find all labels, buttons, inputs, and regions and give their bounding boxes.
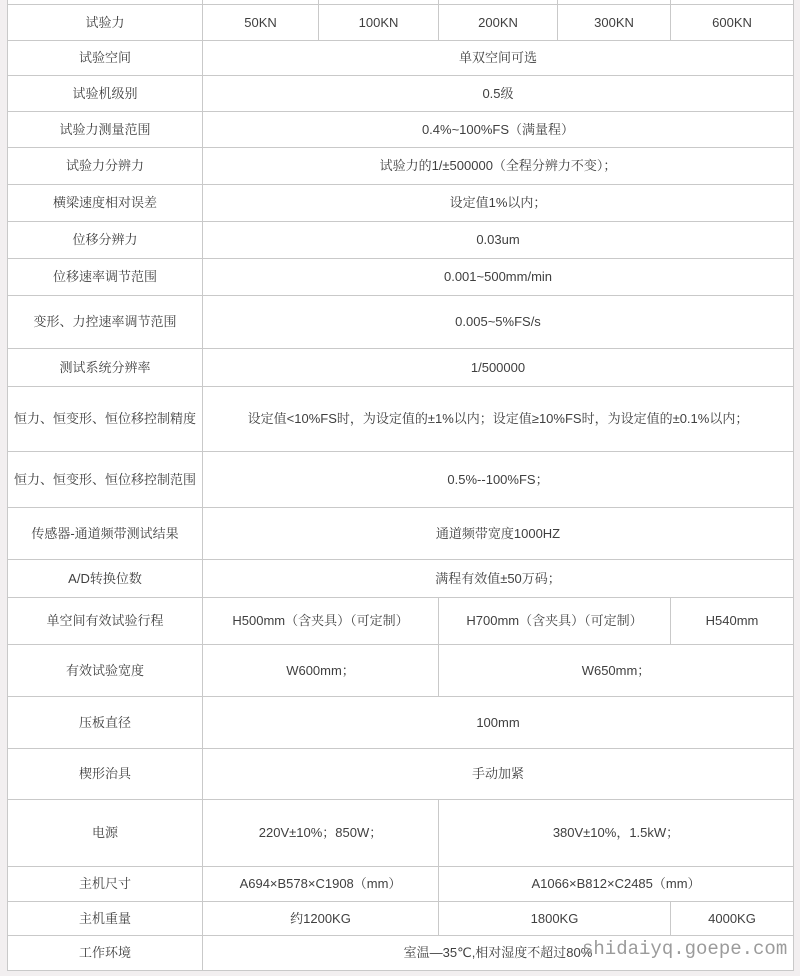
table-row: 恒力、恒变形、恒位移控制范围 0.5%--100%FS；	[8, 452, 794, 508]
spec-value-cell: 设定值<10%FS时，为设定值的±1%以内；设定值≥10%FS时，为设定值的±0…	[203, 387, 794, 452]
spec-row-label: 试验力分辨力	[8, 148, 203, 185]
table-row: 试验力 50KN 100KN 200KN 300KN 600KN	[8, 5, 794, 41]
table-row: 位移速率调节范围 0.001~500mm/min	[8, 259, 794, 296]
table-row: 试验力测量范围 0.4%~100%FS（满量程）	[8, 112, 794, 148]
spec-value-cell: 100KN	[319, 5, 439, 41]
spec-row-label: 主机尺寸	[8, 867, 203, 902]
spec-value-cell: 100mm	[203, 697, 794, 749]
spec-value-cell: 4000KG	[671, 902, 794, 936]
spec-value-cell: 手动加紧	[203, 749, 794, 800]
table-row: 测试系统分辨率 1/500000	[8, 349, 794, 387]
spec-value-cell: 满程有效值±50万码；	[203, 560, 794, 598]
table-row: 试验机级别 0.5级	[8, 76, 794, 112]
table-row: 横梁速度相对误差 设定值1%以内；	[8, 185, 794, 222]
table-row: A/D转换位数 满程有效值±50万码；	[8, 560, 794, 598]
spec-value-cell: H500mm（含夹具）（可定制）	[203, 598, 439, 645]
spec-value-cell: 0.4%~100%FS（满量程）	[203, 112, 794, 148]
table-row: 恒力、恒变形、恒位移控制精度 设定值<10%FS时，为设定值的±1%以内；设定值…	[8, 387, 794, 452]
spec-value-cell: W650mm；	[439, 645, 794, 697]
spec-value-cell: 200KN	[439, 5, 558, 41]
spec-value-cell: W600mm；	[203, 645, 439, 697]
spec-row-label: 测试系统分辨率	[8, 349, 203, 387]
spec-value-cell: 0.001~500mm/min	[203, 259, 794, 296]
spec-row-label: 压板直径	[8, 697, 203, 749]
spec-value-cell: 600KN	[671, 5, 794, 41]
table-row: 电源 220V±10%；850W； 380V±10%，1.5kW；	[8, 800, 794, 867]
table-row: 试验空间 单双空间可选	[8, 41, 794, 76]
table-row: 工作环境 室温—35℃,相对湿度不超过80%	[8, 936, 794, 971]
spec-row-label: 有效试验宽度	[8, 645, 203, 697]
table-row: 单空间有效试验行程 H500mm（含夹具）（可定制） H700mm（含夹具）（可…	[8, 598, 794, 645]
spec-row-label: 电源	[8, 800, 203, 867]
spec-row-label: 变形、力控速率调节范围	[8, 296, 203, 349]
spec-row-label: 试验机级别	[8, 76, 203, 112]
spec-value-cell: 1800KG	[439, 902, 671, 936]
spec-row-label: 位移分辨力	[8, 222, 203, 259]
spec-row-label: 位移速率调节范围	[8, 259, 203, 296]
spec-value-cell: H540mm	[671, 598, 794, 645]
spec-value-cell: 室温—35℃,相对湿度不超过80%	[203, 936, 794, 971]
spec-value-cell: A694×B578×C1908（mm）	[203, 867, 439, 902]
spec-row-label: 传感器-通道频带测试结果	[8, 508, 203, 560]
table-row: 主机重量 约1200KG 1800KG 4000KG	[8, 902, 794, 936]
spec-row-label: 试验力	[8, 5, 203, 41]
spec-row-label: 恒力、恒变形、恒位移控制范围	[8, 452, 203, 508]
spec-value-cell: 0.005~5%FS/s	[203, 296, 794, 349]
spec-row-label: 恒力、恒变形、恒位移控制精度	[8, 387, 203, 452]
table-row: 主机尺寸 A694×B578×C1908（mm） A1066×B812×C248…	[8, 867, 794, 902]
table-row: 压板直径 100mm	[8, 697, 794, 749]
spec-value-cell: 0.5级	[203, 76, 794, 112]
spec-row-label: 楔形治具	[8, 749, 203, 800]
spec-value-cell: 通道频带宽度1000HZ	[203, 508, 794, 560]
table-row: 有效试验宽度 W600mm； W650mm；	[8, 645, 794, 697]
spec-row-label: A/D转换位数	[8, 560, 203, 598]
spec-value-cell: 约1200KG	[203, 902, 439, 936]
spec-row-label: 横梁速度相对误差	[8, 185, 203, 222]
spec-value-cell: 0.5%--100%FS；	[203, 452, 794, 508]
spec-row-label: 主机重量	[8, 902, 203, 936]
table-row: 试验力分辨力 试验力的1/±500000（全程分辨力不变）；	[8, 148, 794, 185]
table-row: 传感器-通道频带测试结果 通道频带宽度1000HZ	[8, 508, 794, 560]
spec-value-cell: 380V±10%，1.5kW；	[439, 800, 794, 867]
spec-table: 试验力 50KN 100KN 200KN 300KN 600KN 试验空间 单双…	[7, 0, 794, 971]
spec-row-label: 工作环境	[8, 936, 203, 971]
spec-value-cell: 设定值1%以内；	[203, 185, 794, 222]
spec-value-cell: 220V±10%；850W；	[203, 800, 439, 867]
spec-value-cell: 0.03um	[203, 222, 794, 259]
spec-value-cell: H700mm（含夹具）（可定制）	[439, 598, 671, 645]
spec-value-cell: 1/500000	[203, 349, 794, 387]
spec-value-cell: 300KN	[558, 5, 671, 41]
table-row: 楔形治具 手动加紧	[8, 749, 794, 800]
table-row: 变形、力控速率调节范围 0.005~5%FS/s	[8, 296, 794, 349]
spec-value-cell: 50KN	[203, 5, 319, 41]
spec-row-label: 试验空间	[8, 41, 203, 76]
spec-row-label: 单空间有效试验行程	[8, 598, 203, 645]
table-row: 位移分辨力 0.03um	[8, 222, 794, 259]
spec-value-cell: 单双空间可选	[203, 41, 794, 76]
spec-value-cell: A1066×B812×C2485（mm）	[439, 867, 794, 902]
spec-row-label: 试验力测量范围	[8, 112, 203, 148]
spec-value-cell: 试验力的1/±500000（全程分辨力不变）；	[203, 148, 794, 185]
